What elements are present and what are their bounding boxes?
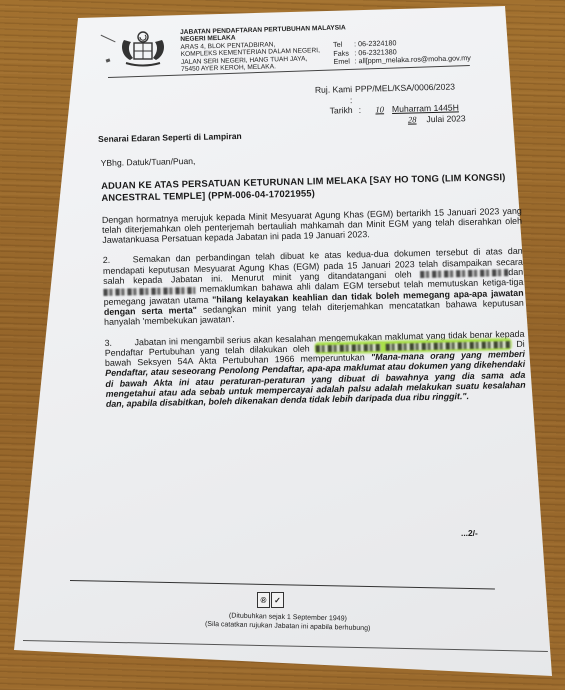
letter-body: Senarai Edaran Seperti di Lampiran YBhg.… — [100, 125, 526, 420]
handwritten-hijri-day: 10 — [363, 104, 392, 115]
certification-check-icon: ✓ — [271, 592, 284, 608]
paragraph-2: 2.Semakan dan perbandingan telah dibuat … — [103, 246, 524, 327]
scribble-mark — [106, 58, 111, 62]
footer-notes: (Ditubuhkan sejak 1 September 1949) (Sil… — [178, 611, 398, 634]
malaysia-coat-of-arms-icon — [118, 30, 168, 70]
distribution-line: Senarai Edaran Seperti di Lampiran — [98, 125, 518, 144]
registered-mark-icon: ® — [257, 592, 270, 608]
reference-block: Ruj. Kami : PPP/MEL/KSA/0006/2023 Tarikh… — [312, 81, 466, 127]
scribble-mark — [100, 35, 115, 43]
letterhead-contact: Tel : 06-2324180 Faks : 06-2321380 Emel … — [333, 37, 471, 67]
official-letter: JABATAN PENDAFTARAN PERTUBUHAN MALAYSIA … — [0, 0, 565, 690]
footer-divider — [70, 580, 495, 590]
page-continuation: ...2/- — [461, 528, 478, 538]
paragraph-1: Dengan hormatnya merujuk kepada Minit Me… — [102, 205, 523, 245]
letterhead-address: JABATAN PENDAFTARAN PERTUBUHAN MALAYSIA … — [180, 24, 347, 73]
paper-bottom-line — [23, 640, 548, 652]
salutation: YBhg. Datuk/Tuan/Puan, — [101, 149, 521, 168]
paragraph-3: 3.Jabatan ini mengambil serius akan kesa… — [104, 328, 525, 409]
handwritten-greg-day: 28 — [356, 114, 427, 126]
letter-subject: ADUAN KE ATAS PERSATUAN KETURUNAN LIM ME… — [101, 170, 521, 203]
certification-logos: ® ✓ — [257, 592, 284, 608]
